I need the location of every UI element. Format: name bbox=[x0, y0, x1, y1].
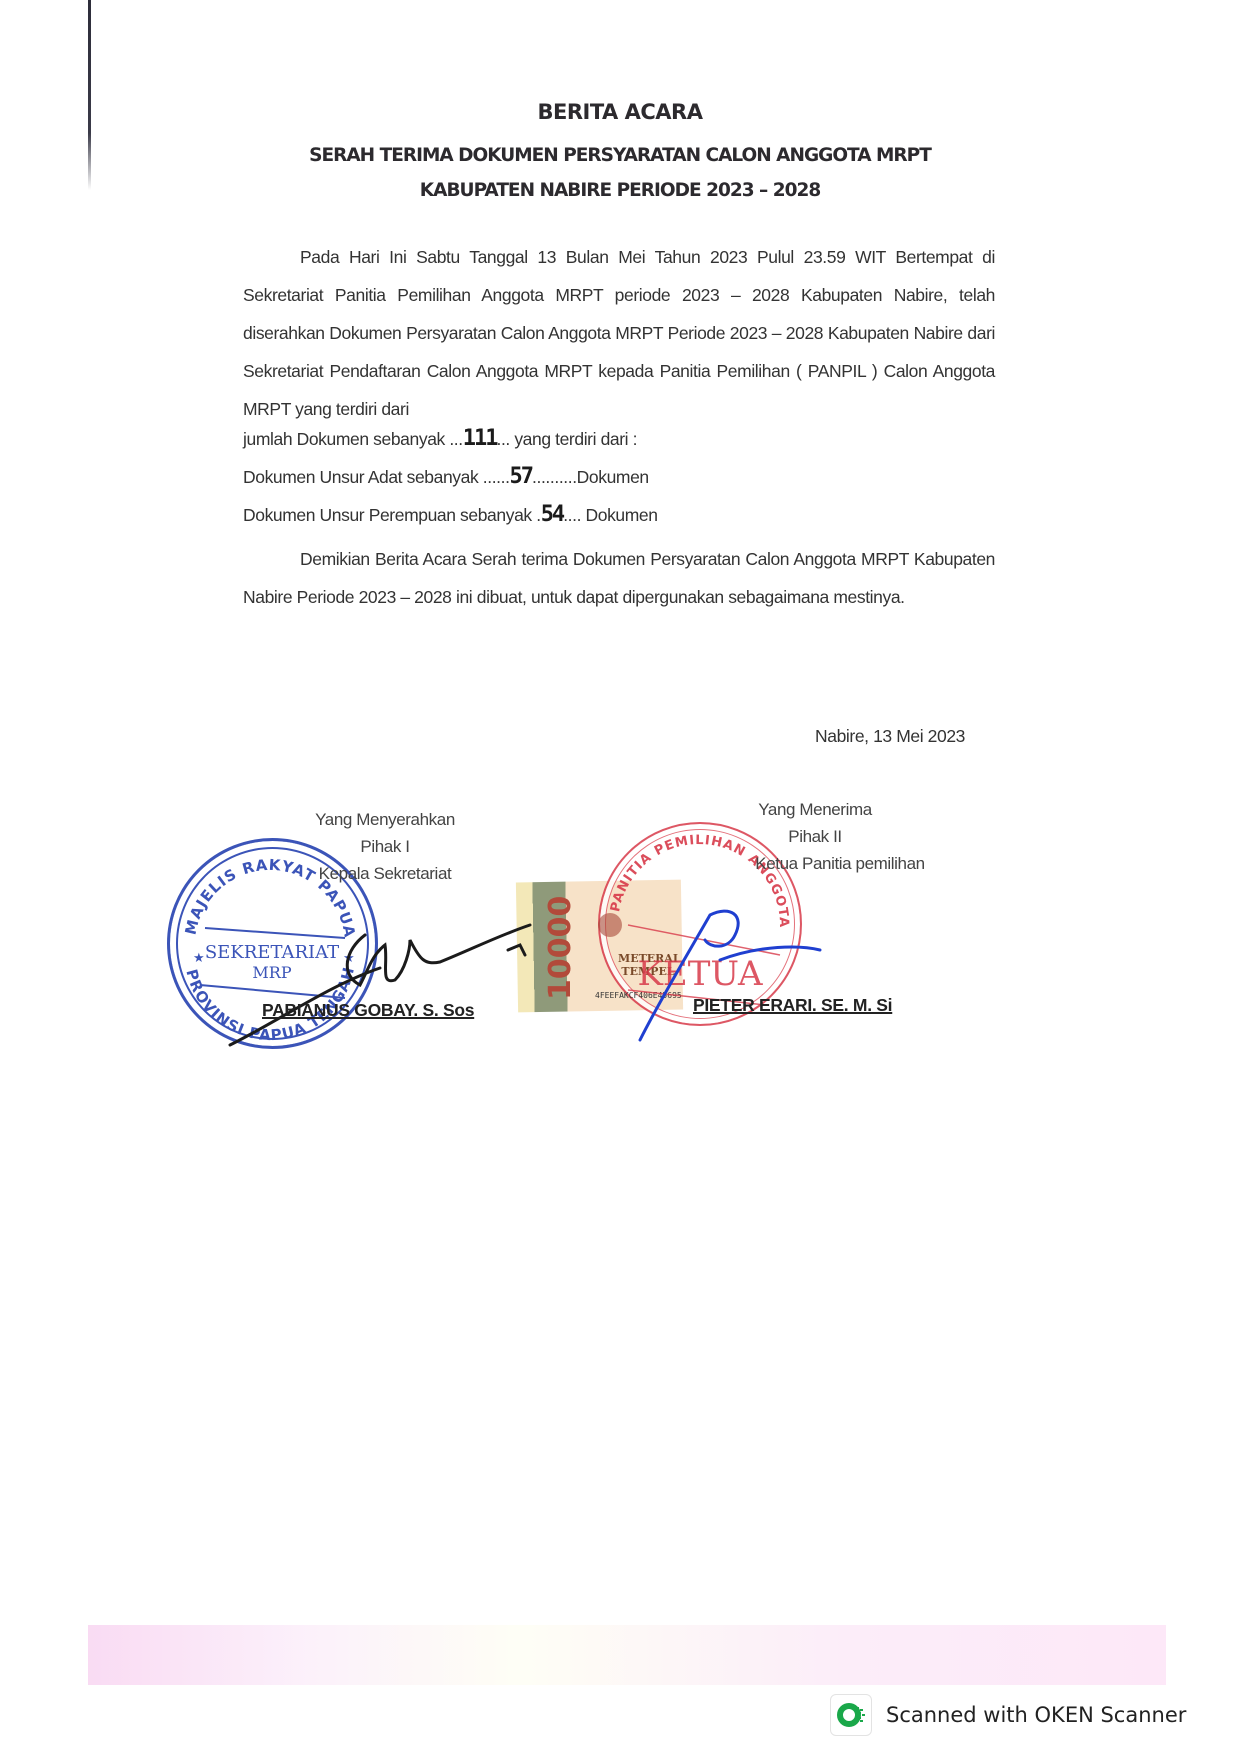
signatory-first-name: PABIANUS GOBAY. S. Sos bbox=[262, 1000, 474, 1021]
committee-stamp-outer-text: PANITIA PEMILIHAN ANGGOTA MRP bbox=[0, 0, 791, 928]
stamps-signatures-layer: MAJELIS RAKYAT PAPUA PROVINSI PAPUA TENG… bbox=[0, 0, 1240, 1100]
signatory-second-name: PIETER ERARI. SE. M. Si bbox=[693, 995, 892, 1016]
svg-text:★: ★ bbox=[193, 950, 205, 965]
oken-scanner-logo-icon bbox=[830, 1694, 872, 1736]
svg-text:MRP: MRP bbox=[252, 963, 291, 982]
scan-artifact-band bbox=[88, 1625, 1166, 1685]
watermark-text: Scanned with OKEN Scanner bbox=[886, 1703, 1186, 1727]
committee-stamp-inner-text: KETUA bbox=[637, 954, 763, 994]
signatory-first-block: Yang Menyerahkan Pihak I Kepala Sekretar… bbox=[270, 806, 500, 887]
stamp-inner-text: SEKRETARIAT bbox=[205, 942, 339, 963]
meterai-value: 10000 bbox=[543, 896, 578, 1000]
scanner-watermark: Scanned with OKEN Scanner bbox=[830, 1693, 1186, 1737]
signatory-second-block: Yang Menerima Pihak II Ketua Panitia pem… bbox=[700, 796, 930, 877]
